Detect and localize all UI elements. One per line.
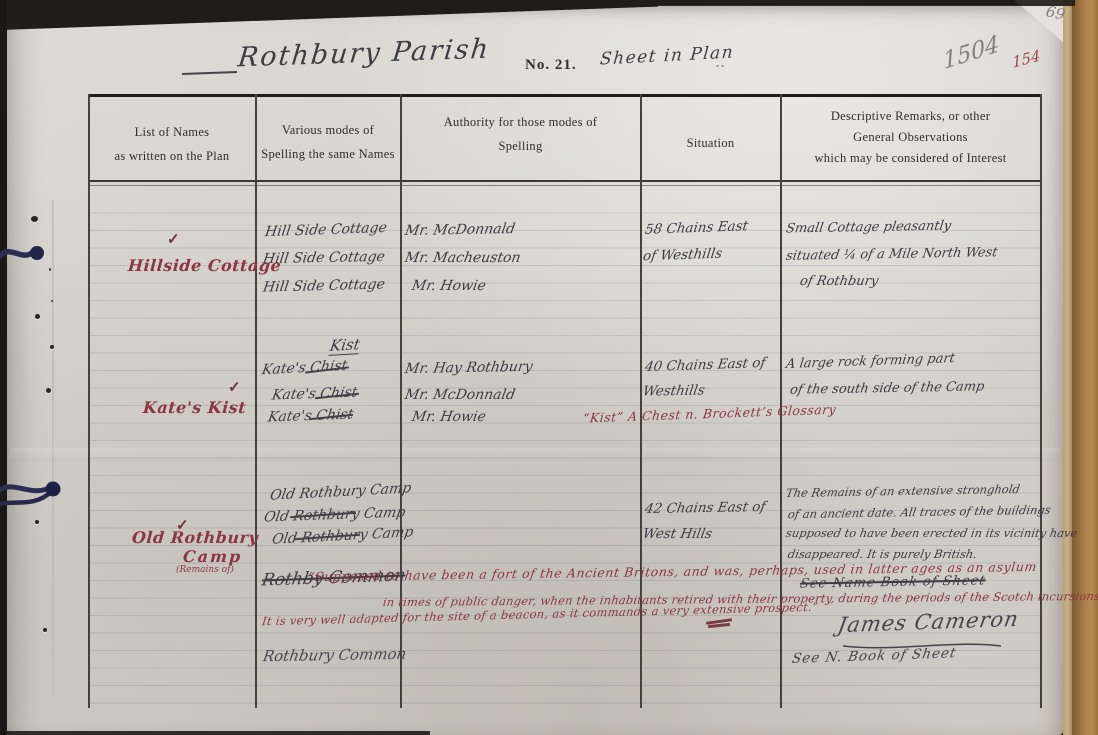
ink-speck [51,300,53,302]
stitching-thread-icon [0,236,60,274]
column-header-line: Various modes of [256,118,400,142]
remarks-line: disappeared. It is purely British. [787,547,978,561]
table-surface-edge [1072,0,1098,735]
table-top-rule [88,94,1040,97]
column-header-authority: Authority for those modes of Spelling [401,110,640,158]
remarks-line: supposed to have been erected in its vic… [785,526,1079,540]
spelling-entry: Hill Side Cottage [262,276,386,295]
book-cover-edge-bottom [0,731,430,735]
check-icon: ✓ [167,230,180,249]
binding-hole [50,345,54,349]
column-header-names: List of Names as written on the Plan [89,120,255,168]
book-binding-edge [0,0,7,735]
plan-name: Hillside Cottage [127,256,282,275]
binding-hole [46,388,51,393]
authority-entry: Mr. Howie [411,278,488,294]
situation-line: of Westhills [642,246,723,265]
authority-entry: Mr. Howie [411,409,488,425]
authority-entry: Mr. McDonnald [404,387,517,403]
pencil-dots: .. [715,52,725,71]
column-divider [780,94,782,708]
stitching-thread-icon [0,458,72,518]
column-header-line: Authority for those modes of [401,110,640,134]
authority-entry: Mr. Hay Rothbury [404,359,534,377]
remarks-line: Small Cottage pleasantly [785,219,952,237]
column-header-spellings: Various modes of Spelling the same Names [256,118,400,166]
column-header-line: Spelling the same Names [256,142,400,166]
ink-speck [49,268,51,271]
binding-hole [31,216,38,222]
remarks-line: of Rothbury [799,274,880,289]
scanned-name-book-page: Rothbury Parish No. 21. Sheet in Plan ..… [0,0,1098,735]
plan-name: Kate's Kist [142,398,247,417]
column-header-line: which may be considered of Interest [781,148,1040,169]
table-border-left [88,94,90,708]
check-icon: ✓ [228,378,241,397]
situation-line: West Hills [642,526,714,542]
page-stack-edge [1063,0,1072,735]
binding-hole [43,628,47,632]
column-header-line: Situation [641,131,780,155]
binding-hole [35,314,40,319]
column-header-line: Descriptive Remarks, or other [781,106,1040,127]
sheet-number-label: No. 21. [525,57,577,74]
authority-entry: Mr. Macheuston [404,250,522,266]
plan-name: Old Rothbury [131,528,259,547]
column-header-situation: Situation [641,131,780,155]
column-header-line: General Observations [781,127,1040,148]
book-cover-edge-top-right [650,0,1075,6]
spelling-entry: Rothbury Common [262,645,408,666]
binding-hole [35,520,39,524]
corner-number: 69 [1044,2,1066,24]
column-header-line: Spelling [401,134,640,158]
plan-name-line2: Camp [182,547,243,566]
table-border-right [1040,94,1042,708]
spelling-correction: Kist [329,335,362,356]
column-header-line: as written on the Plan [89,144,255,168]
situation-line: 42 Chains East of [644,499,767,517]
header-separator-2 [88,185,1040,186]
column-header-remarks: Descriptive Remarks, or other General Ob… [781,106,1040,169]
authority-entry: Mr. McDonnald [404,221,517,239]
column-header-line: List of Names [89,120,255,144]
header-separator [88,180,1040,182]
spelling-entry: Hill Side Cottage [262,249,386,267]
situation-line: Westhills [642,382,706,399]
column-divider [255,94,257,708]
plan-name-note: (Remains of) [176,565,234,575]
